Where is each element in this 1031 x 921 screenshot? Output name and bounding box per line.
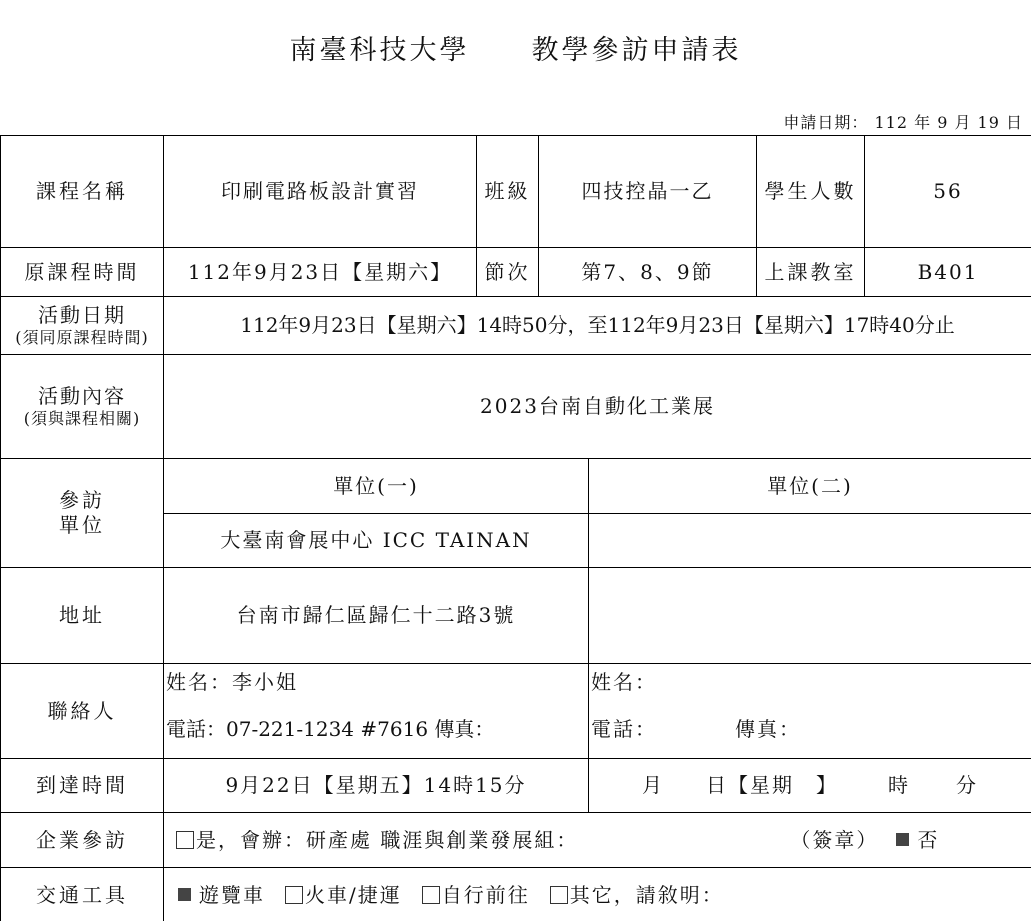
apply-date-value: 112 年 9 月 19 日 bbox=[874, 113, 1023, 132]
unit2-arrival-minute: 分 bbox=[956, 773, 978, 797]
unit2-arrival-month: 月 bbox=[642, 773, 664, 797]
transport-label: 交通工具 bbox=[1, 868, 164, 921]
student-count-value[interactable]: 56 bbox=[865, 136, 1031, 248]
enterprise-no-text: 否 bbox=[917, 828, 939, 852]
unit2-contact-name[interactable]: 姓名： bbox=[591, 664, 1031, 711]
unit2-arrival-hour: 時 bbox=[888, 773, 910, 797]
activity-date-value[interactable]: 112年9月23日【星期六】14時50分，至112年9月23日【星期六】17時4… bbox=[164, 297, 1031, 355]
unit1-name[interactable]: 大臺南會展中心 ICC TAINAN bbox=[164, 514, 589, 568]
unit2-address[interactable] bbox=[589, 568, 1031, 664]
enterprise-visit-options: 是，會辦：研產處 職涯與創業發展組：（簽章）否 bbox=[164, 813, 1031, 868]
unit1-contact: 姓名：李小姐 電話：07-221-1234 #7616 傳真： bbox=[164, 664, 589, 759]
apply-date-label: 申請日期： bbox=[783, 113, 868, 132]
transport-other-checkbox[interactable] bbox=[550, 886, 568, 904]
form-name: 教學參訪申請表 bbox=[532, 35, 742, 66]
transport-self-checkbox[interactable] bbox=[422, 886, 440, 904]
row-contact: 聯絡人 姓名：李小姐 電話：07-221-1234 #7616 傳真： 姓名： … bbox=[1, 664, 1031, 759]
row-activity-date: 活動日期 (須同原課程時間) 112年9月23日【星期六】14時50分，至112… bbox=[1, 297, 1031, 355]
transport-self-text: 自行前往 bbox=[442, 883, 530, 907]
unit2-arrival-day: 日【星期 bbox=[706, 773, 794, 797]
unit2-contact-phone-fax: 電話：傳真： bbox=[591, 711, 1031, 758]
unit1-header: 單位(一) bbox=[164, 459, 589, 514]
course-name-value[interactable]: 印刷電路板設計實習 bbox=[164, 136, 477, 248]
transport-bus-text: 遊覽車 bbox=[199, 883, 265, 907]
unit2-fax-label[interactable]: 傳真： bbox=[735, 717, 801, 741]
original-time-value[interactable]: 112年9月23日【星期六】 bbox=[164, 248, 477, 297]
visit-units-label-line1: 參訪 bbox=[1, 488, 163, 513]
enterprise-yes-text: 是，會辦：研產處 職涯與創業發展組： bbox=[196, 828, 578, 852]
transport-bus-checkbox[interactable] bbox=[178, 888, 191, 901]
activity-date-note: (須同原課程時間) bbox=[1, 328, 163, 348]
transport-train-checkbox[interactable] bbox=[285, 886, 303, 904]
period-label: 節次 bbox=[477, 248, 539, 297]
unit1-contact-name[interactable]: 姓名：李小姐 bbox=[166, 664, 588, 711]
application-form-table: 課程名稱 印刷電路板設計實習 班級 四技控晶一乙 學生人數 56 原課程時間 1… bbox=[0, 135, 1031, 921]
unit1-address[interactable]: 台南市歸仁區歸仁十二路3號 bbox=[164, 568, 589, 664]
school-name: 南臺科技大學 bbox=[290, 35, 470, 66]
unit2-contact: 姓名： 電話：傳真： bbox=[589, 664, 1031, 759]
course-name-label: 課程名稱 bbox=[1, 136, 164, 248]
enterprise-sign-text: （簽章） bbox=[790, 828, 878, 852]
row-activity-content: 活動內容 (須與課程相關) 2023台南自動化工業展 bbox=[1, 355, 1031, 459]
unit2-name[interactable] bbox=[589, 514, 1031, 568]
address-label: 地址 bbox=[1, 568, 164, 664]
visit-units-label-cell: 參訪 單位 bbox=[1, 459, 164, 568]
unit2-phone-label[interactable]: 電話： bbox=[591, 717, 657, 741]
form-title: 南臺科技大學教學參訪申請表 bbox=[0, 28, 1031, 67]
unit1-contact-phone[interactable]: 電話：07-221-1234 #7616 傳真： bbox=[166, 711, 588, 758]
row-address: 地址 台南市歸仁區歸仁十二路3號 bbox=[1, 568, 1031, 664]
enterprise-no-checkbox[interactable] bbox=[896, 833, 909, 846]
activity-date-label: 活動日期 bbox=[1, 303, 163, 328]
unit1-arrival[interactable]: 9月22日【星期五】14時15分 bbox=[164, 759, 589, 813]
transport-other-text: 其它，請敘明： bbox=[570, 883, 724, 907]
unit2-header: 單位(二) bbox=[589, 459, 1031, 514]
unit2-arrival-weekday-close: 】 bbox=[816, 773, 838, 797]
classroom-value[interactable]: B401 bbox=[865, 248, 1031, 297]
student-count-label: 學生人數 bbox=[757, 136, 865, 248]
activity-date-label-cell: 活動日期 (須同原課程時間) bbox=[1, 297, 164, 355]
period-value[interactable]: 第7、8、9節 bbox=[539, 248, 757, 297]
activity-content-note: (須與課程相關) bbox=[1, 409, 163, 429]
row-arrival: 到達時間 9月22日【星期五】14時15分 月日【星期】時分 bbox=[1, 759, 1031, 813]
visit-units-label-line2: 單位 bbox=[1, 513, 163, 538]
row-units-header: 參訪 單位 單位(一) 單位(二) bbox=[1, 459, 1031, 514]
activity-content-value[interactable]: 2023台南自動化工業展 bbox=[164, 355, 1031, 459]
row-transport: 交通工具 遊覽車火車/捷運自行前往其它，請敘明： bbox=[1, 868, 1031, 921]
transport-train-text: 火車/捷運 bbox=[305, 883, 402, 907]
enterprise-visit-label: 企業參訪 bbox=[1, 813, 164, 868]
arrival-label: 到達時間 bbox=[1, 759, 164, 813]
class-label: 班級 bbox=[477, 136, 539, 248]
contact-label: 聯絡人 bbox=[1, 664, 164, 759]
classroom-label: 上課教室 bbox=[757, 248, 865, 297]
class-value[interactable]: 四技控晶一乙 bbox=[539, 136, 757, 248]
row-course: 課程名稱 印刷電路板設計實習 班級 四技控晶一乙 學生人數 56 bbox=[1, 136, 1031, 248]
enterprise-yes-checkbox[interactable] bbox=[176, 831, 194, 849]
activity-content-label-cell: 活動內容 (須與課程相關) bbox=[1, 355, 164, 459]
apply-date: 申請日期： 112 年 9 月 19 日 bbox=[783, 110, 1023, 133]
activity-content-label: 活動內容 bbox=[1, 384, 163, 409]
unit2-arrival[interactable]: 月日【星期】時分 bbox=[589, 759, 1031, 813]
row-enterprise-visit: 企業參訪 是，會辦：研產處 職涯與創業發展組：（簽章）否 bbox=[1, 813, 1031, 868]
transport-options: 遊覽車火車/捷運自行前往其它，請敘明： bbox=[164, 868, 1031, 921]
original-time-label: 原課程時間 bbox=[1, 248, 164, 297]
row-original-time: 原課程時間 112年9月23日【星期六】 節次 第7、8、9節 上課教室 B40… bbox=[1, 248, 1031, 297]
